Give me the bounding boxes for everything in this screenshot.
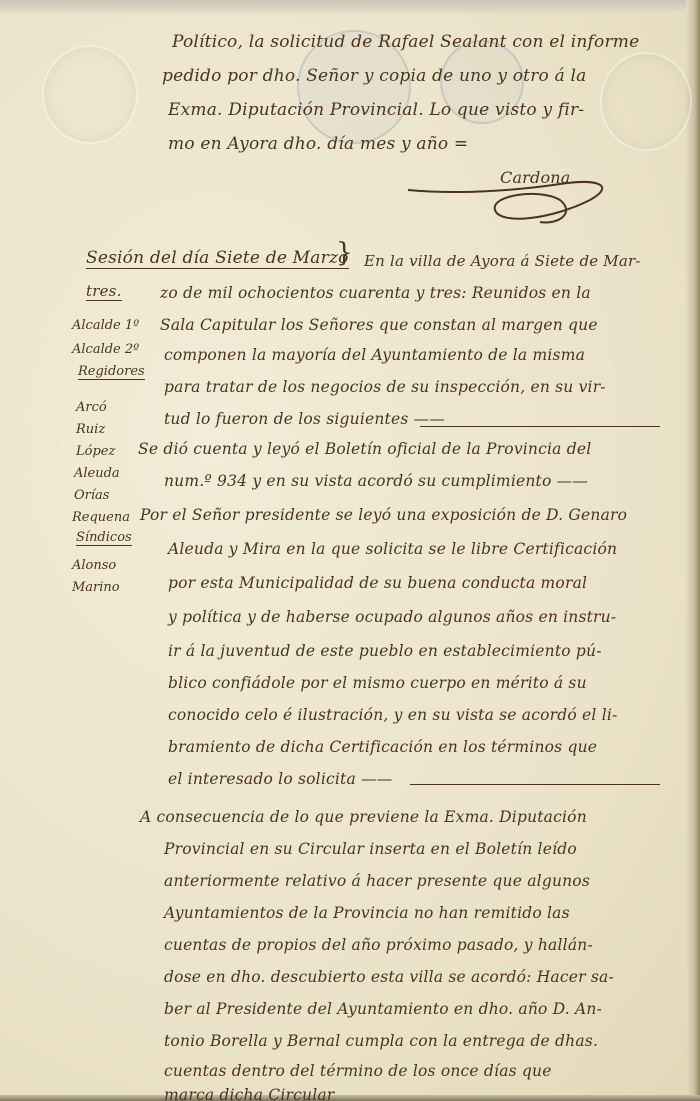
text-line: pedido por dho. Señor y copia de uno y o…	[162, 66, 586, 86]
text-line: cuentas de propios del año próximo pasad…	[164, 936, 593, 954]
text-line: En la villa de Ayora á Siete de Mar-	[364, 252, 641, 270]
attendee: Orías	[74, 488, 109, 503]
attendee: Ruiz	[76, 422, 105, 437]
embossed-seal-left-icon	[42, 45, 138, 144]
attendee: Marino	[72, 580, 120, 595]
text-line: Ayuntamientos de la Provincia no han rem…	[164, 904, 570, 922]
text-line: zo de mil ochocientos cuarenta y tres: R…	[160, 284, 591, 302]
attendee: López	[76, 444, 115, 459]
text-line: Provincial en su Circular inserta en el …	[164, 840, 577, 858]
text-line: mo en Ayora dho. día mes y año =	[168, 134, 468, 154]
text-line: para tratar de los negocios de su inspec…	[164, 378, 606, 396]
attendee: Alonso	[72, 558, 116, 573]
attendee: Alcalde 1º	[72, 318, 139, 333]
line-filler-rule	[420, 426, 660, 427]
text-line: Sala Capitular los Señores que constan a…	[160, 316, 598, 334]
text-line: y política y de haberse ocupado algunos …	[168, 608, 616, 626]
text-line: A consecuencia de lo que previene la Exm…	[140, 808, 587, 826]
attendee-group-label: Síndicos	[76, 530, 132, 546]
attendee: Alcalde 2º	[72, 342, 139, 357]
session-heading-year: tres.	[86, 282, 122, 301]
text-line: num.º 934 y en su vista acordó su cumpli…	[164, 472, 588, 490]
text-line: componen la mayoría del Ayuntamiento de …	[164, 346, 585, 364]
text-line: por esta Municipalidad de su buena condu…	[168, 574, 587, 592]
page-bottom-edge	[0, 1095, 700, 1101]
signature-flourish-icon	[400, 170, 620, 230]
text-line: Aleuda y Mira en la que solicita se le l…	[168, 540, 617, 558]
text-line: tonio Borella y Bernal cumpla con la ent…	[164, 1032, 598, 1050]
page-top-edge	[0, 0, 700, 14]
text-line: el interesado lo solicita ——	[168, 770, 392, 788]
embossed-seal-right-icon	[600, 52, 692, 151]
text-line: dose en dho. descubierto esta villa se a…	[164, 968, 614, 986]
text-line: ir á la juventud de este pueblo en estab…	[168, 642, 602, 660]
text-line: ber al Presidente del Ayuntamiento en dh…	[164, 1000, 602, 1018]
text-line: tud lo fueron de los siguientes ——	[164, 410, 445, 428]
manuscript-page: Político, la solicitud de Rafael Sealant…	[0, 0, 700, 1101]
text-line: Político, la solicitud de Rafael Sealant…	[172, 32, 639, 52]
attendee: Arcó	[76, 400, 107, 415]
text-line: marca dicha Circular	[164, 1086, 334, 1101]
line-filler-rule	[410, 784, 660, 785]
text-line: cuentas dentro del término de los once d…	[164, 1062, 552, 1080]
page-binding-edge	[686, 0, 700, 1101]
attendee-group-label: Regidores	[78, 364, 145, 380]
attendee: Requena	[72, 510, 130, 525]
text-line: Por el Señor presidente se leyó una expo…	[140, 506, 627, 524]
text-line: anteriormente relativo á hacer presente …	[164, 872, 590, 890]
session-heading: Sesión del día Siete de Marzo	[86, 248, 349, 269]
text-line: conocido celo é ilustración, y en su vis…	[168, 706, 617, 724]
attendee: Aleuda	[74, 466, 120, 481]
text-line: Exma. Diputación Provincial. Lo que vist…	[168, 100, 584, 120]
text-line: bramiento de dicha Certificación en los …	[168, 738, 597, 756]
text-line: Se dió cuenta y leyó el Boletín oficial …	[138, 440, 591, 458]
brace-icon: }	[336, 238, 353, 268]
text-line: blico confiádole por el mismo cuerpo en …	[168, 674, 587, 692]
